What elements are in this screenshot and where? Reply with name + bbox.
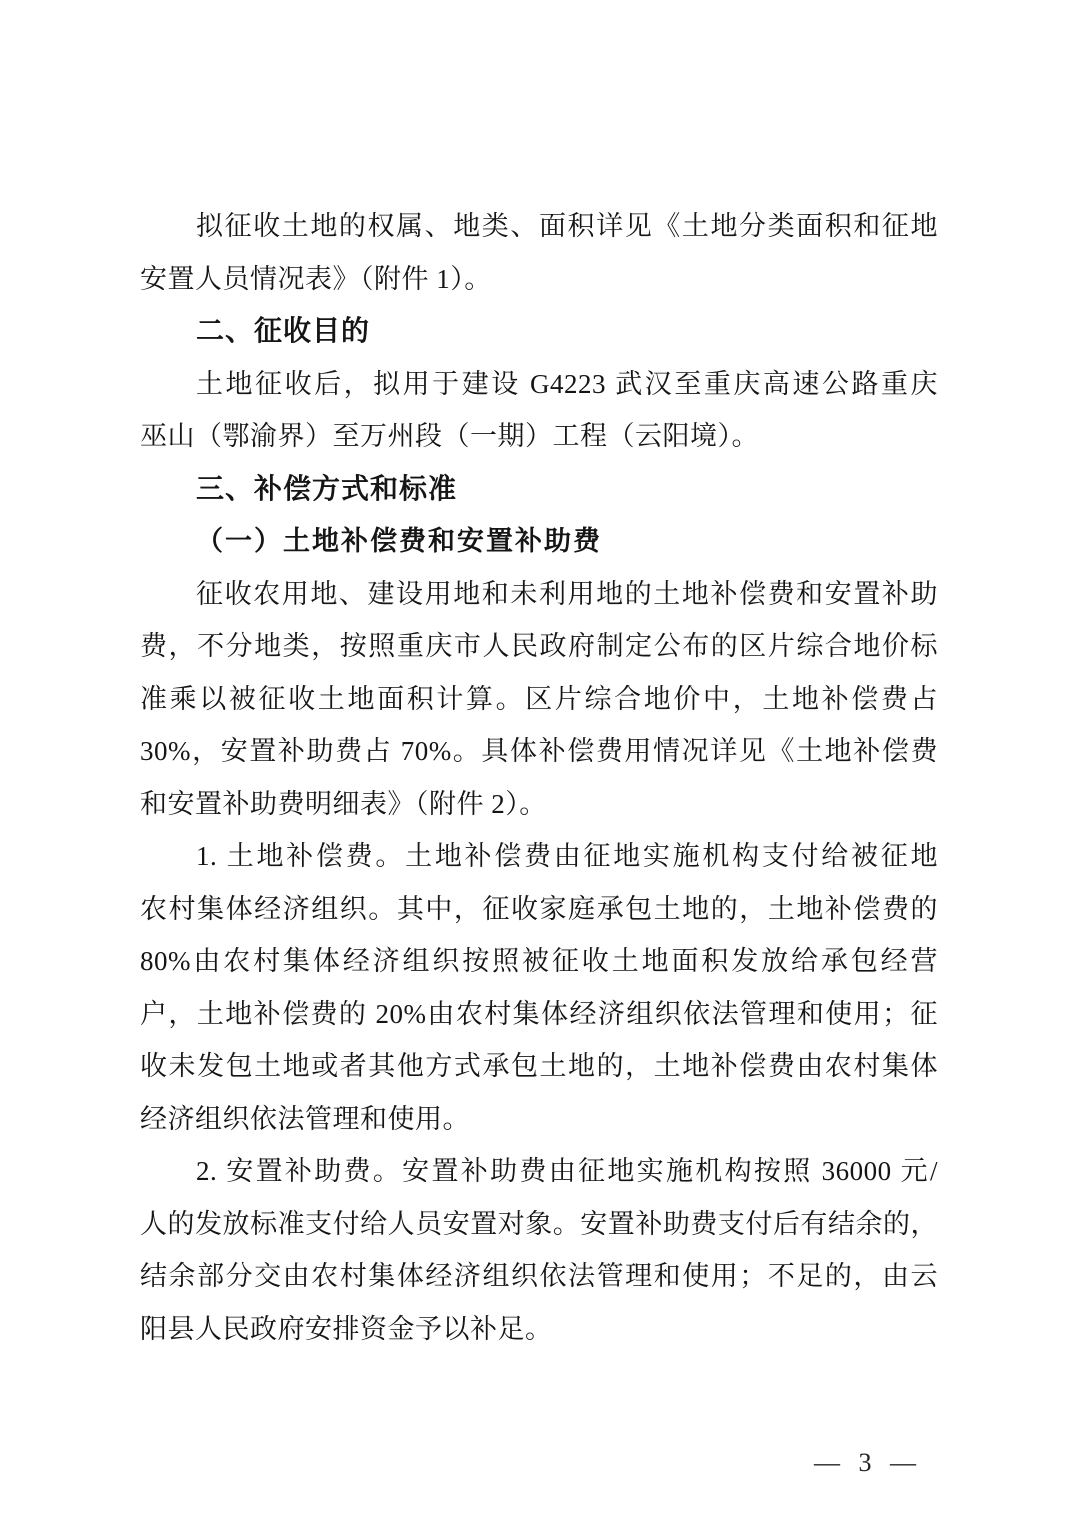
paragraph-attachment1: 拟征收土地的权属、地类、面积详见《土地分类面积和征地 安置人员情况表》（附件 1… — [140, 200, 938, 305]
paragraph-line: 80%由农村集体经济组织按照被征收土地面积发放给承包经营 — [140, 935, 938, 988]
paragraph-line: 户，土地补偿费的 20%由农村集体经济组织依法管理和使用；征 — [140, 988, 938, 1041]
section-heading-purpose: 二、征收目的 — [140, 305, 938, 358]
document-body: 拟征收土地的权属、地类、面积详见《土地分类面积和征地 安置人员情况表》（附件 1… — [140, 200, 938, 1355]
paragraph-line: 安置人员情况表》（附件 1）。 — [140, 253, 938, 306]
paragraph-line: 土地征收后，拟用于建设 G4223 武汉至重庆高速公路重庆 — [140, 358, 938, 411]
section-heading: 三、补偿方式和标准 — [140, 463, 938, 516]
paragraph-line: 人的发放标准支付给人员安置对象。安置补助费支付后有结余的， — [140, 1198, 938, 1251]
subsection-heading-fees: （一）土地补偿费和安置补助费 — [140, 515, 938, 568]
paragraph-line: 准乘以被征收土地面积计算。区片综合地价中，土地补偿费占 — [140, 673, 938, 726]
paragraph-line: 结余部分交由农村集体经济组织依法管理和使用；不足的，由云 — [140, 1250, 938, 1303]
paragraph-line: 农村集体经济组织。其中，征收家庭承包土地的，土地补偿费的 — [140, 883, 938, 936]
page-number: — 3 — — [814, 1448, 922, 1478]
paragraph-line: 收未发包土地或者其他方式承包土地的，土地补偿费由农村集体 — [140, 1040, 938, 1093]
paragraph-line: 和安置补助费明细表》（附件 2）。 — [140, 778, 938, 831]
document-page: { "doc": { "blocks": [ { "type": "body",… — [0, 0, 1074, 1520]
paragraph-resettlement-subsidy: 2. 安置补助费。安置补助费由征地实施机构按照 36000 元/ 人的发放标准支… — [140, 1145, 938, 1355]
paragraph-line: 2. 安置补助费。安置补助费由征地实施机构按照 36000 元/ — [140, 1145, 938, 1198]
paragraph-line: 巫山（鄂渝界）至万州段（一期）工程（云阳境）。 — [140, 410, 938, 463]
paragraph-line: 30%，安置补助费占 70%。具体补偿费用情况详见《土地补偿费 — [140, 725, 938, 778]
subsection-heading: （一）土地补偿费和安置补助费 — [140, 515, 938, 568]
paragraph-land-compensation: 1. 土地补偿费。土地补偿费由征地实施机构支付给被征地 农村集体经济组织。其中，… — [140, 830, 938, 1145]
paragraph-purpose: 土地征收后，拟用于建设 G4223 武汉至重庆高速公路重庆 巫山（鄂渝界）至万州… — [140, 358, 938, 463]
section-heading-compensation: 三、补偿方式和标准 — [140, 463, 938, 516]
paragraph-line: 征收农用地、建设用地和未利用地的土地补偿费和安置补助 — [140, 568, 938, 621]
paragraph-line: 1. 土地补偿费。土地补偿费由征地实施机构支付给被征地 — [140, 830, 938, 883]
paragraph-line: 经济组织依法管理和使用。 — [140, 1093, 938, 1146]
section-heading: 二、征收目的 — [140, 305, 938, 358]
paragraph-line: 拟征收土地的权属、地类、面积详见《土地分类面积和征地 — [140, 200, 938, 253]
paragraph-line: 阳县人民政府安排资金予以补足。 — [140, 1303, 938, 1356]
paragraph-fee-standard: 征收农用地、建设用地和未利用地的土地补偿费和安置补助 费，不分地类，按照重庆市人… — [140, 568, 938, 831]
paragraph-line: 费，不分地类，按照重庆市人民政府制定公布的区片综合地价标 — [140, 620, 938, 673]
